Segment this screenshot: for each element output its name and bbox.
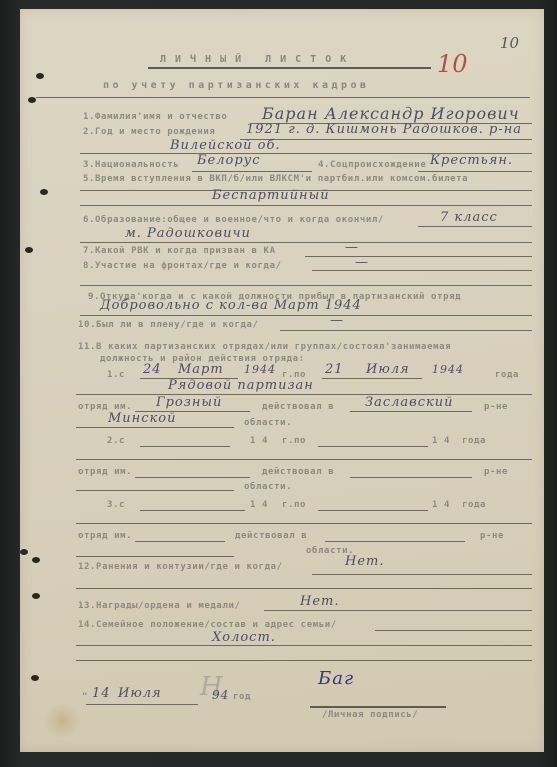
punch-hole <box>20 549 28 555</box>
field-7-value: — <box>345 240 359 255</box>
field-1-label: 1.Фамилия'имя и отчество <box>83 112 227 122</box>
entry-1-from-day: 24 <box>143 362 162 377</box>
line <box>76 660 532 661</box>
field-9-value: Добровольно с кол-ва Март 1944 <box>100 298 362 313</box>
field-8-label: 8.Участие на фронтах/где и когда/ <box>83 261 282 271</box>
field-4-label: 4.Соцпроисхождение <box>318 160 426 170</box>
entry-2-year-stub-2: 1 4 <box>432 436 450 446</box>
entry-1-region: Минской <box>108 411 177 426</box>
line <box>312 574 532 575</box>
line <box>80 285 532 286</box>
punch-hole <box>31 675 39 681</box>
line <box>80 205 532 206</box>
line <box>140 446 230 447</box>
entry-1-to-year: 1944 <box>432 363 464 376</box>
punch-hole <box>40 189 48 195</box>
field-10-value: — <box>330 313 344 328</box>
field-5-label: 5.Время вступления в ВКП/б/или ВЛКСМ'и п… <box>83 174 468 184</box>
entry-1-suffix: года <box>495 370 519 380</box>
entry-2-region-suffix: области. <box>244 482 292 492</box>
entry-2-suffix: года <box>462 436 486 446</box>
entry-1-district-suffix: р-не <box>484 402 508 412</box>
line <box>76 588 532 589</box>
line <box>80 242 532 243</box>
entry-3-district-suffix: р-не <box>480 531 504 541</box>
line <box>76 394 532 395</box>
title-underline <box>148 67 431 69</box>
entry-1-position: Рядовой партизан <box>168 378 314 393</box>
water-stain <box>42 704 82 738</box>
date-open-quote: " <box>82 692 88 702</box>
entry-3-acted-label: действовал в <box>235 531 307 541</box>
line <box>76 490 234 491</box>
entry-1-district: Заславский <box>365 395 454 410</box>
line <box>76 645 532 646</box>
field-6-value: 7 класс <box>440 210 498 225</box>
entry-3-detachment-label: отряд им. <box>78 531 132 541</box>
line <box>76 427 234 428</box>
line <box>418 171 532 172</box>
line <box>80 315 532 316</box>
signature: Баг <box>318 668 354 689</box>
field-3-label: 3.Национальность <box>83 160 179 170</box>
entry-1-from-year: 1944 <box>244 363 276 376</box>
punch-hole <box>36 73 44 79</box>
entry-2-prefix: 2.с <box>107 436 125 446</box>
line <box>116 704 198 705</box>
field-14-value: Холост. <box>212 630 276 645</box>
line <box>264 610 532 611</box>
date-month: Июля <box>118 686 162 701</box>
line <box>76 556 234 557</box>
line <box>280 330 532 331</box>
punch-hole <box>28 97 36 103</box>
entry-2-acted-label: действовал в <box>262 467 334 477</box>
field-13-value: Нет. <box>300 594 340 609</box>
red-mark: 10 <box>437 50 468 78</box>
line <box>305 256 532 257</box>
entry-1-to-day: 21 <box>325 362 344 377</box>
signature-label: /Личная подпись/ <box>322 710 418 720</box>
line <box>322 378 422 379</box>
field-1-value: Баран Александр Игорович <box>262 104 520 123</box>
line <box>318 446 428 447</box>
entry-3-prefix: 3.с <box>107 500 125 510</box>
entry-1-acted-label: действовал в <box>262 402 334 412</box>
entry-3-suffix: года <box>462 500 486 510</box>
entry-2-district-suffix: р-не <box>484 467 508 477</box>
line <box>240 139 532 140</box>
entry-1-to-month: Июля <box>366 362 410 377</box>
entry-3-year-stub-2: 1 4 <box>432 500 450 510</box>
punch-hole <box>32 557 40 563</box>
punch-hole <box>32 593 40 599</box>
date-year-suffix: год <box>233 692 251 702</box>
date-year: 94 <box>212 688 229 702</box>
line <box>325 541 465 542</box>
field-6-value-cont: м. Радошковичи <box>125 226 251 241</box>
field-8-value: — <box>355 255 369 270</box>
entry-1-prefix: 1.с <box>107 370 125 380</box>
signature-line <box>310 706 446 708</box>
line <box>418 226 532 227</box>
field-2-value-cont: Вилейской об. <box>170 138 281 153</box>
line <box>318 510 428 511</box>
punch-hole <box>25 247 33 253</box>
divider <box>36 97 530 98</box>
entry-3-to-prefix: г.по <box>282 500 306 510</box>
document-subtitle: по учету партизанских кадров <box>103 80 370 91</box>
line <box>350 477 472 478</box>
field-7-label: 7.Какой РВК и когда призван в КА <box>83 246 276 256</box>
line <box>350 411 472 412</box>
entry-1-detachment: Грозный <box>156 395 222 410</box>
field-5-value: Беспартийный <box>212 188 330 203</box>
entry-2-year-stub: 1 4 <box>250 436 268 446</box>
field-12-label: 12.Ранения и контузии/где и когда/ <box>78 562 283 572</box>
line <box>312 270 532 271</box>
entry-2-to-prefix: г.по <box>282 436 306 446</box>
field-12-value: Нет. <box>345 554 385 569</box>
field-3-value: Белорус <box>197 153 261 168</box>
entry-3-year-stub: 1 4 <box>250 500 268 510</box>
line <box>86 704 116 705</box>
line <box>375 630 532 631</box>
field-14-label: 14.Семейное положение/состав и адрес сем… <box>78 620 337 630</box>
date-day: 14 <box>92 686 111 701</box>
field-11-label: 11.В каких партизанских отрядах/или груп… <box>78 342 451 352</box>
line <box>76 459 532 460</box>
page-number: 10 <box>500 34 519 52</box>
field-6-label: 6.Образование:общее и военное/что и когд… <box>83 215 384 225</box>
field-2-label: 2.Год и место рождения <box>83 127 215 137</box>
field-10-label: 10.Был ли в плену/где и когда/ <box>78 320 259 330</box>
entry-1-region-suffix: области. <box>244 418 292 428</box>
field-2-value: 1921 г. д. Кишмонь Радошков. р-на <box>246 122 522 137</box>
entry-1-from-month: Март <box>178 362 224 377</box>
field-13-label: 13.Награды/ордена и медали/ <box>78 601 241 611</box>
line <box>192 171 312 172</box>
line <box>135 541 225 542</box>
line <box>140 510 245 511</box>
line <box>76 523 532 524</box>
document-title: ЛИЧНЫЙ ЛИСТОК <box>160 54 355 65</box>
field-4-value: Крестьян. <box>430 153 513 168</box>
line <box>135 477 250 478</box>
scanner-background: 10 ЛИЧНЫЙ ЛИСТОК 10 по учету партизански… <box>0 0 557 767</box>
entry-2-detachment-label: отряд им. <box>78 467 132 477</box>
